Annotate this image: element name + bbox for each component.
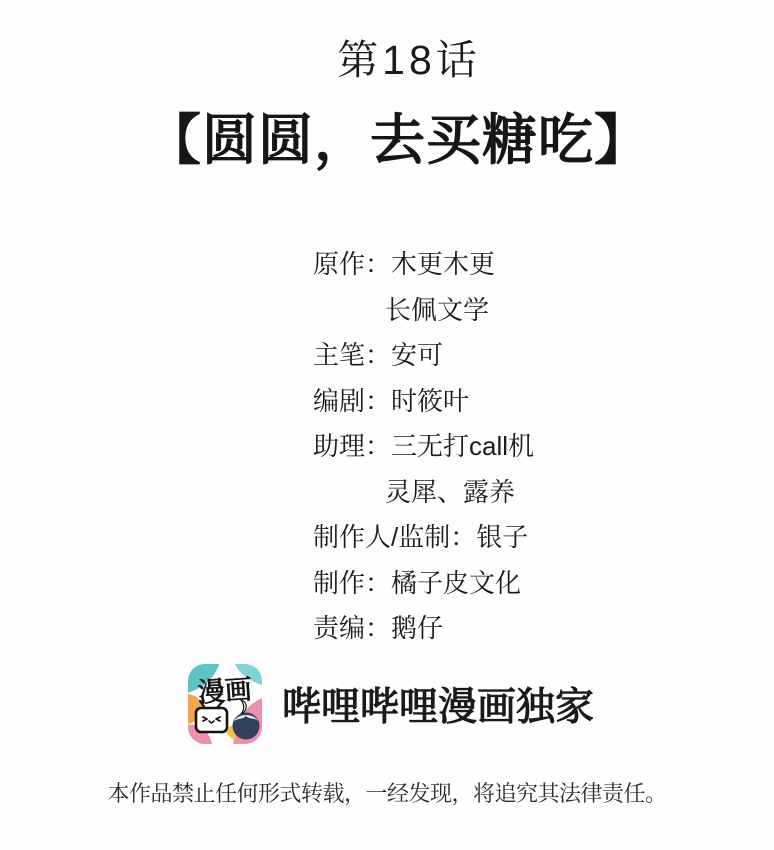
logo-manga-text: 漫画 <box>197 674 253 708</box>
credit-line-original-author: 原作：木更木更 <box>313 242 534 288</box>
credit-line-screenwriter: 编剧：时筱叶 <box>313 379 534 425</box>
credit-line-production: 制作：橘子皮文化 <box>313 561 534 607</box>
bilibili-manga-logo-icon: 漫画 <box>188 664 262 744</box>
credit-line-assistant: 助理：三无打call机 <box>313 424 534 470</box>
credit-line-producer: 制作人/监制：银子 <box>313 515 534 561</box>
credits-page: 第18话 【圆圆，去买糖吃】 原作：木更木更 长佩文学 主笔：安可 编剧：时筱叶… <box>0 0 774 850</box>
credit-line-lead-artist: 主笔：安可 <box>313 333 534 379</box>
publisher-name: 哔哩哔哩漫画独家 <box>282 676 594 732</box>
credit-line-editor: 责编：鹅仔 <box>313 606 534 652</box>
chapter-title: 【圆圆，去买糖吃】 <box>11 96 774 175</box>
publisher-row: 漫画 哔哩哔哩漫画独家 <box>188 664 594 744</box>
credit-line-assistant-2: 灵犀、露养 <box>313 470 534 516</box>
disclaimer-text: 本作品禁止任何形式转载，一经发现，将追究其法律责任。 <box>0 777 774 808</box>
credit-line-original-source: 长佩文学 <box>313 288 534 334</box>
episode-title: 第18话 <box>22 27 774 86</box>
credits-list: 原作：木更木更 长佩文学 主笔：安可 编剧：时筱叶 助理：三无打call机 灵犀… <box>313 242 534 652</box>
